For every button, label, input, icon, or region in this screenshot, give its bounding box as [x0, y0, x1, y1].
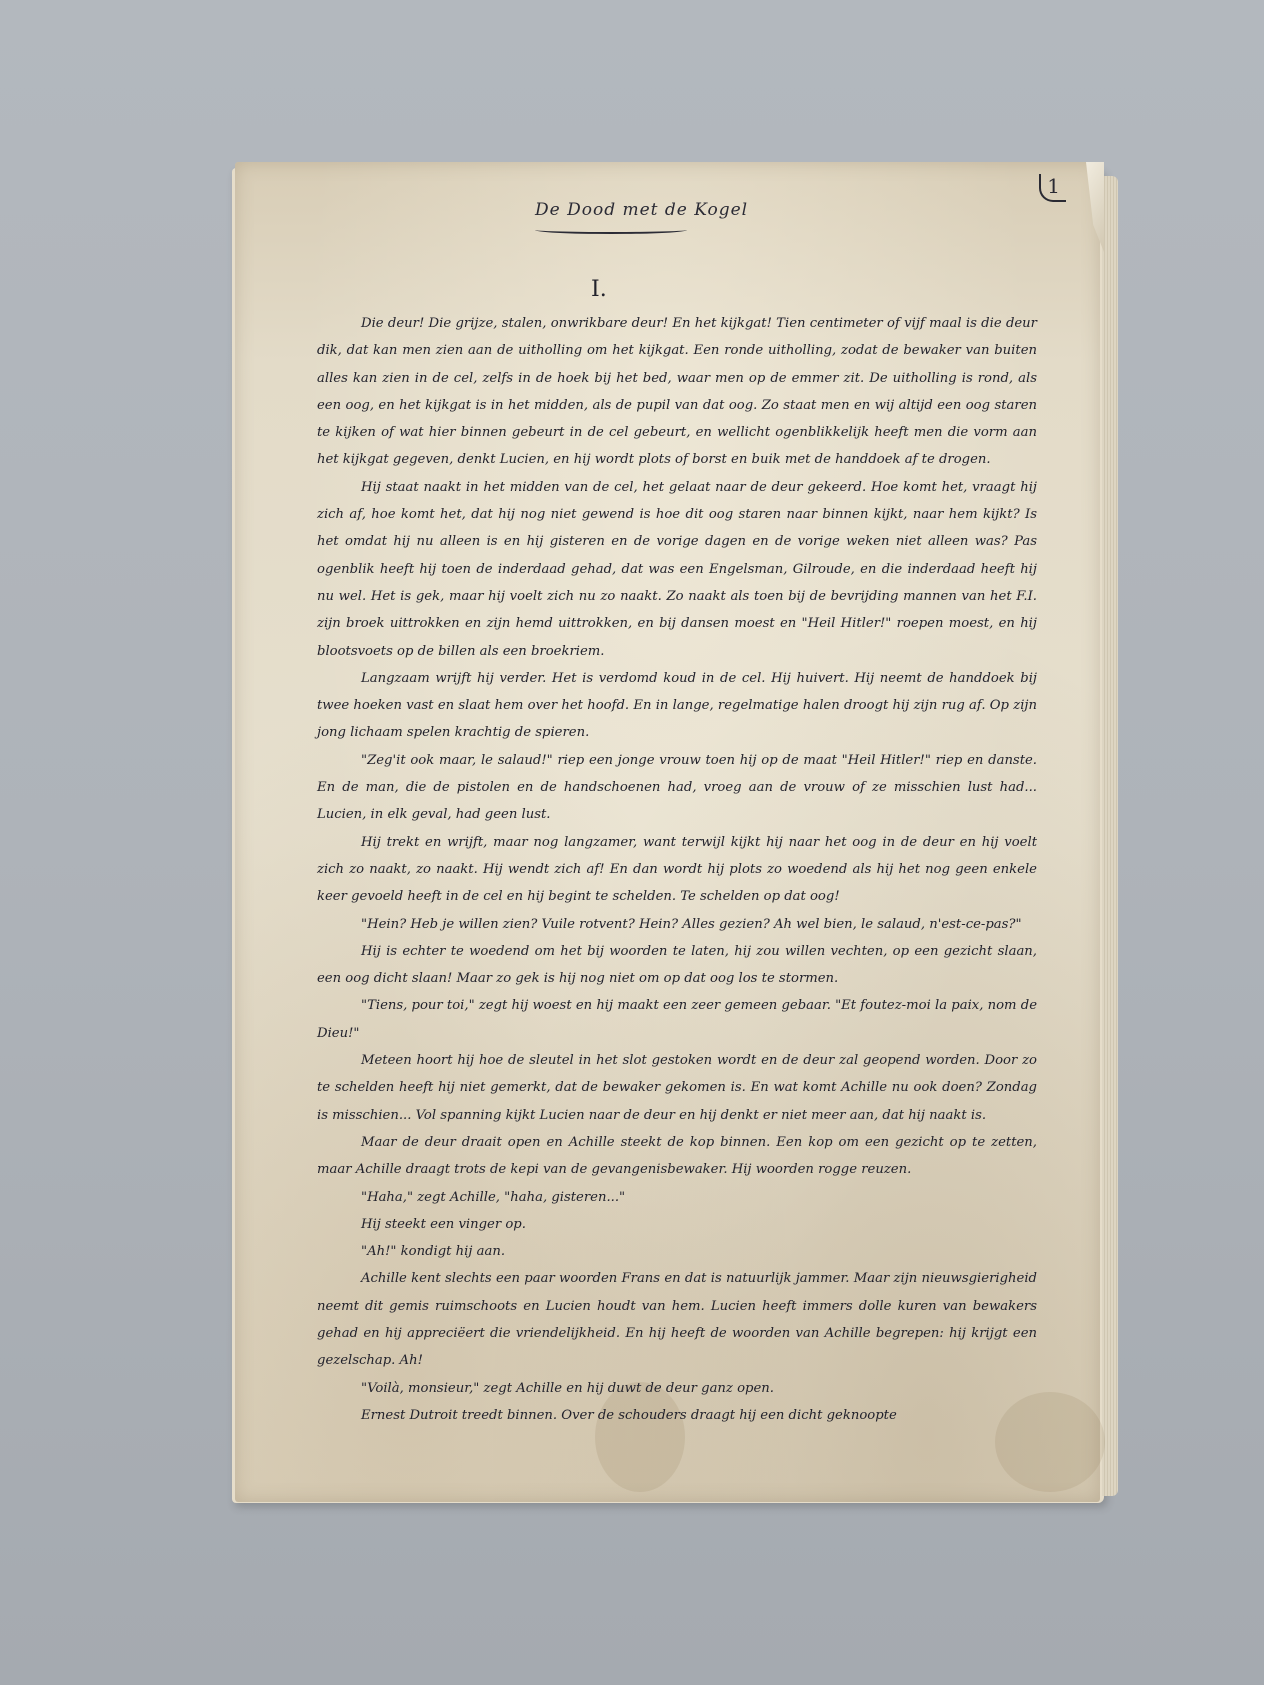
stack-page-edges [1102, 176, 1118, 1496]
paragraph: "Voilà, monsieur," zegt Achille en hij d… [317, 1375, 1037, 1402]
paragraph: "Hein? Heb je willen zien? Vuile rotvent… [317, 911, 1037, 938]
manuscript-body: Die deur! Die grijze, stalen, onwrikbare… [317, 310, 1037, 1429]
paragraph: Die deur! Die grijze, stalen, onwrikbare… [317, 310, 1037, 474]
paragraph: "Tiens, pour toi," zegt hij woest en hij… [317, 992, 1037, 1047]
paragraph: Meteen hoort hij hoe de sleutel in het s… [317, 1047, 1037, 1129]
folded-corner [1086, 162, 1104, 252]
manuscript-page: 1 De Dood met de Kogel I. Die deur! Die … [235, 162, 1100, 1502]
paragraph: "Zeg'it ook maar, le salaud!" riep een j… [317, 747, 1037, 829]
paragraph: Maar de deur draait open en Achille stee… [317, 1129, 1037, 1184]
paragraph: "Haha," zegt Achille, "haha, gisteren...… [317, 1184, 1037, 1211]
paragraph: Hij steekt een vinger op. [317, 1211, 1037, 1238]
document-title: De Dood met de Kogel [535, 200, 748, 220]
paragraph: Hij trekt en wrijft, maar nog langzamer,… [317, 829, 1037, 911]
paragraph: Ernest Dutroit treedt binnen. Over de sc… [317, 1402, 1037, 1429]
paragraph: Hij staat naakt in het midden van de cel… [317, 474, 1037, 665]
title-underline [535, 226, 687, 234]
chapter-heading: I. [591, 277, 607, 302]
paragraph: "Ah!" kondigt hij aan. [317, 1238, 1037, 1265]
paragraph: Langzaam wrijft hij verder. Het is verdo… [317, 665, 1037, 747]
page-number: 1 [1039, 174, 1066, 202]
paragraph: Achille kent slechts een paar woorden Fr… [317, 1265, 1037, 1374]
paragraph: Hij is echter te woedend om het bij woor… [317, 938, 1037, 993]
